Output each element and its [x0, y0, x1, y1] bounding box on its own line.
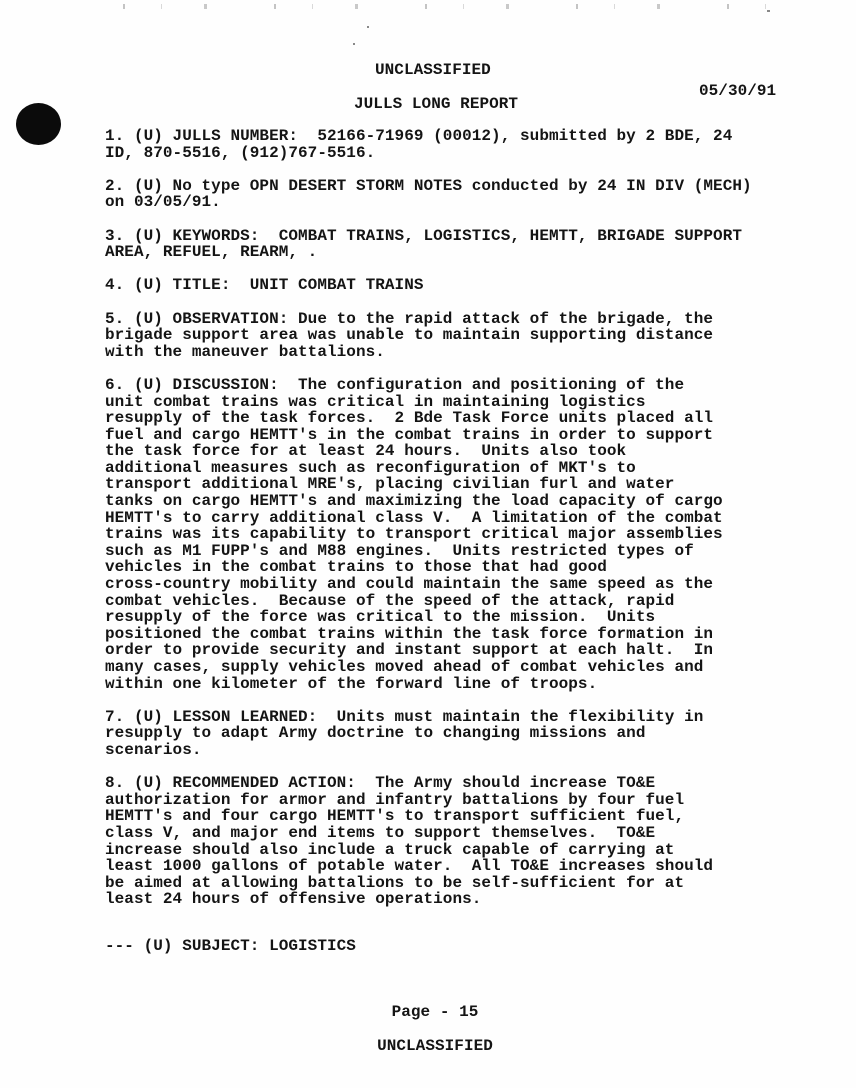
paragraph-discussion: 6. (U) DISCUSSION: The configuration and… — [105, 377, 805, 692]
subject-line: --- (U) SUBJECT: LOGISTICS — [105, 938, 805, 955]
scan-speck — [767, 10, 770, 12]
page-number: Page - 15 — [105, 1004, 765, 1021]
report-date: 05/30/91 — [699, 83, 776, 100]
classification-footer: UNCLASSIFIED — [105, 1038, 765, 1055]
hole-punch-mark — [16, 103, 61, 145]
report-title: JULLS LONG REPORT — [354, 96, 518, 113]
paragraph-julls-number: 1. (U) JULLS NUMBER: 52166-71969 (00012)… — [105, 128, 805, 161]
scanned-document-page: UNCLASSIFIED 05/30/91 JULLS LONG REPORT … — [0, 0, 856, 1088]
scan-speck — [367, 26, 369, 28]
paragraph-type-opn: 2. (U) No type OPN DESERT STORM NOTES co… — [105, 178, 805, 211]
paragraph-lesson-learned: 7. (U) LESSON LEARNED: Units must mainta… — [105, 709, 805, 759]
classification-header: UNCLASSIFIED — [375, 62, 491, 79]
scan-speck — [353, 43, 355, 45]
paragraph-keywords: 3. (U) KEYWORDS: COMBAT TRAINS, LOGISTIC… — [105, 228, 805, 261]
paragraph-recommended-action: 8. (U) RECOMMENDED ACTION: The Army shou… — [105, 775, 805, 908]
paragraph-observation: 5. (U) OBSERVATION: Due to the rapid att… — [105, 311, 805, 361]
scan-noise-artifact — [100, 4, 800, 9]
paragraph-title: 4. (U) TITLE: UNIT COMBAT TRAINS — [105, 277, 805, 294]
report-body: 1. (U) JULLS NUMBER: 52166-71969 (00012)… — [105, 128, 805, 971]
